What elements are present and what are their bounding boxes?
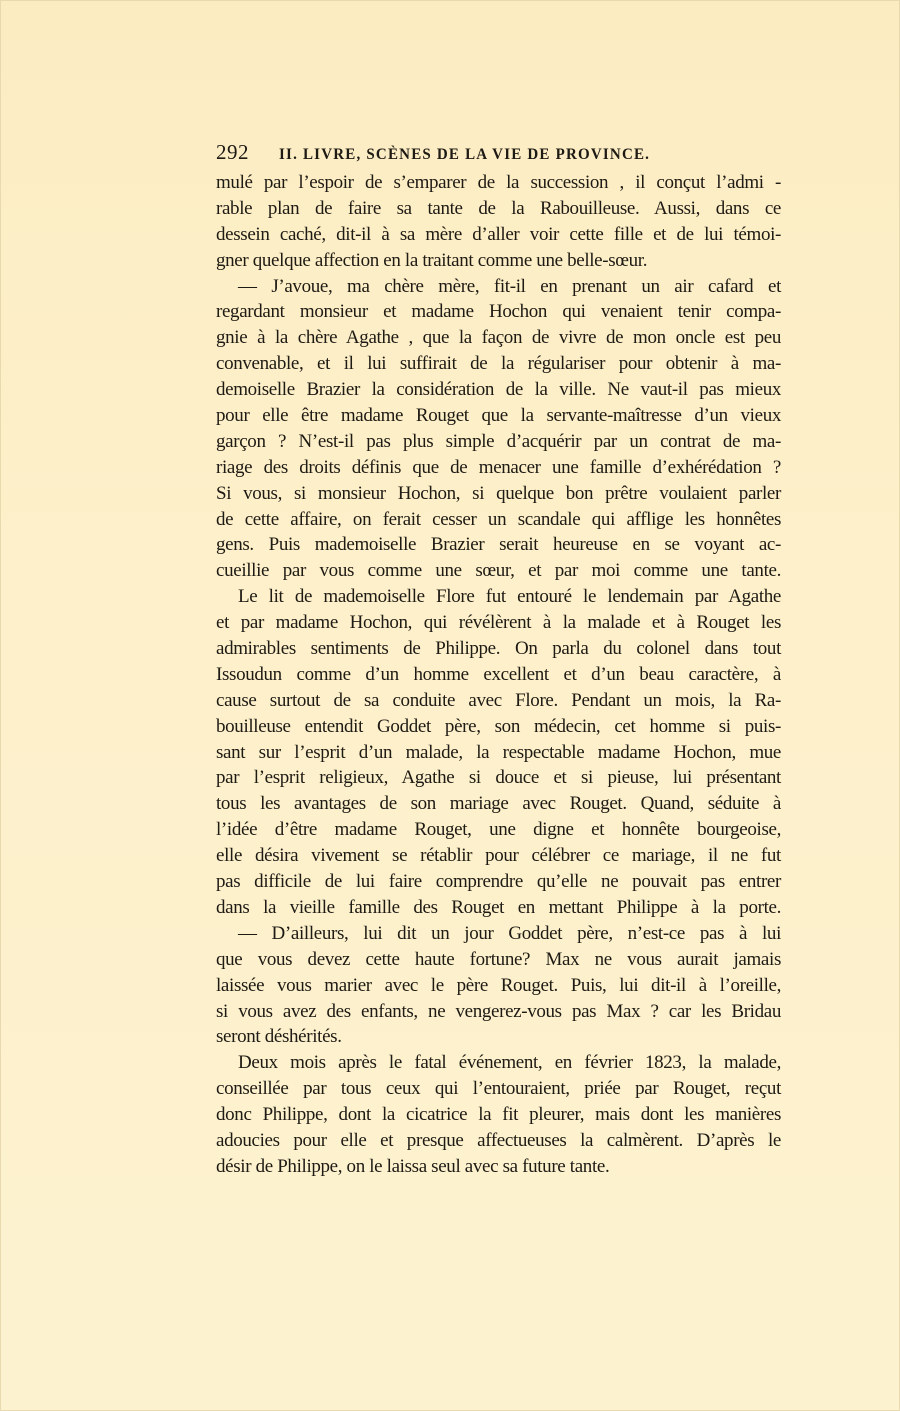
text-line: conseillée par tous ceux qui l’entouraie… xyxy=(216,1076,781,1102)
text-line: elle désira vivement se rétablir pour cé… xyxy=(216,843,781,869)
paragraph: — D’ailleurs, lui dit un jour Goddet pèr… xyxy=(216,921,781,1050)
page-header: 292 II. LIVRE, SCÈNES DE LA VIE DE PROVI… xyxy=(216,140,781,164)
text-line: Issoudun comme d’un homme excellent et d… xyxy=(216,662,781,688)
text-line: cause surtout de sa conduite avec Flore.… xyxy=(216,688,781,714)
text-line: rable plan de faire sa tante de la Rabou… xyxy=(216,196,781,222)
text-line: Deux mois après le fatal événement, en f… xyxy=(216,1050,781,1076)
text-line: tous les avantages de son mariage avec R… xyxy=(216,791,781,817)
text-line: pas difficile de lui faire comprendre qu… xyxy=(216,869,781,895)
paragraph: mulé par l’espoir de s’emparer de la suc… xyxy=(216,170,781,274)
text-line: et par madame Hochon, qui révélèrent à l… xyxy=(216,610,781,636)
text-line: dessein caché, dit-il à sa mère d’aller … xyxy=(216,222,781,248)
text-line: — D’ailleurs, lui dit un jour Goddet pèr… xyxy=(216,921,781,947)
text-line: cueillie par vous comme une sœur, et par… xyxy=(216,558,781,584)
text-line: admirables sentiments de Philippe. On pa… xyxy=(216,636,781,662)
text-line: gnie à la chère Agathe , que la façon de… xyxy=(216,325,781,351)
text-line: mulé par l’espoir de s’emparer de la suc… xyxy=(216,170,781,196)
text-line: Si vous, si monsieur Hochon, si quelque … xyxy=(216,481,781,507)
text-line: laissée vous marier avec le père Rouget.… xyxy=(216,973,781,999)
text-line: si vous avez des enfants, ne vengerez-vo… xyxy=(216,999,781,1025)
text-line: convenable, et il lui suffirait de la ré… xyxy=(216,351,781,377)
text-line: demoiselle Brazier la considération de l… xyxy=(216,377,781,403)
paragraph: Le lit de mademoiselle Flore fut entouré… xyxy=(216,584,781,921)
book-page: 292 II. LIVRE, SCÈNES DE LA VIE DE PROVI… xyxy=(0,0,900,1411)
paragraph: Deux mois après le fatal événement, en f… xyxy=(216,1050,781,1179)
text-line: adoucies pour elle et presque affectueus… xyxy=(216,1128,781,1154)
page-number: 292 xyxy=(216,140,249,165)
text-line: de cette affaire, on ferait cesser un sc… xyxy=(216,507,781,533)
text-line: gner quelque affection en la traitant co… xyxy=(216,248,781,274)
text-line: — J’avoue, ma chère mère, fit-il en pren… xyxy=(216,274,781,300)
text-line: gens. Puis mademoiselle Brazier serait h… xyxy=(216,532,781,558)
running-head: II. LIVRE, SCÈNES DE LA VIE DE PROVINCE. xyxy=(279,147,650,165)
text-line: dans la vieille famille des Rouget en me… xyxy=(216,895,781,921)
text-line: Le lit de mademoiselle Flore fut entouré… xyxy=(216,584,781,610)
text-line: par l’esprit religieux, Agathe si douce … xyxy=(216,765,781,791)
text-line: que vous devez cette haute fortune? Max … xyxy=(216,947,781,973)
text-line: seront déshérités. xyxy=(216,1024,781,1050)
text-line: donc Philippe, dont la cicatrice la fit … xyxy=(216,1102,781,1128)
text-line: riage des droits définis que de menacer … xyxy=(216,455,781,481)
body-text: mulé par l’espoir de s’emparer de la suc… xyxy=(216,170,781,1180)
text-line: sant sur l’esprit d’un malade, la respec… xyxy=(216,740,781,766)
paragraph: — J’avoue, ma chère mère, fit-il en pren… xyxy=(216,274,781,585)
text-line: désir de Philippe, on le laissa seul ave… xyxy=(216,1154,781,1180)
text-line: bouilleuse entendit Goddet père, son méd… xyxy=(216,714,781,740)
text-line: garçon ? N’est-il pas plus simple d’acqu… xyxy=(216,429,781,455)
text-line: regardant monsieur et madame Hochon qui … xyxy=(216,299,781,325)
text-line: l’idée d’être madame Rouget, une digne e… xyxy=(216,817,781,843)
text-line: pour elle être madame Rouget que la serv… xyxy=(216,403,781,429)
